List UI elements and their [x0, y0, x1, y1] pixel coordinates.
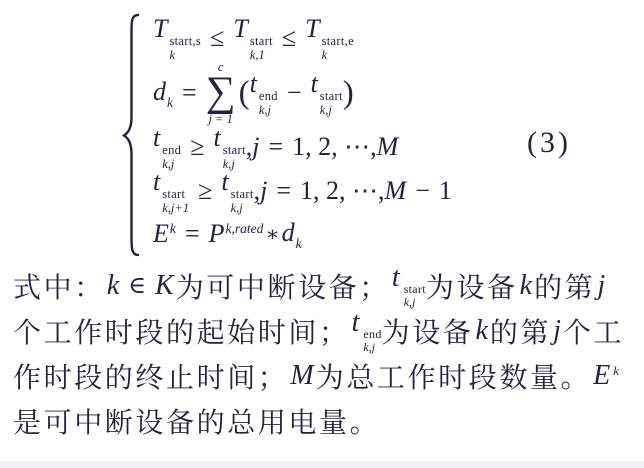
- math-token: j: [551, 315, 563, 347]
- math-token: =: [276, 176, 291, 206]
- math-token: dk: [282, 218, 302, 251]
- equation-line-3: tendk,j≥tstartk,j, j=1, 2, ⋯, M: [153, 125, 452, 169]
- math-token: j: [260, 176, 267, 206]
- paragraph-line-2: 个工作时段的起始时间；tendk,j为设备k的第j个工: [13, 308, 637, 353]
- math-token: ): [343, 77, 354, 110]
- math-token: −: [415, 176, 430, 206]
- equation-line-1: Tstart,sk≤Tstartk,1≤Tstart,ek: [153, 15, 452, 61]
- page: Tstart,sk≤Tstartk,1≤Tstart,ek dk=c∑j = 1…: [0, 0, 644, 468]
- math-token: tstartk,j: [221, 167, 253, 215]
- math-token: 1, 2, ⋯,: [292, 132, 377, 162]
- paragraph-line-3: 作时段的终止时间；M为总工作时段数量。Ek: [13, 353, 637, 398]
- math-token: k: [473, 315, 489, 347]
- math-token: 的第: [490, 311, 551, 351]
- equation-block: Tstart,sk≤Tstartk,1≤Tstart,ek dk=c∑j = 1…: [122, 12, 452, 258]
- math-token: M: [288, 360, 315, 392]
- math-token: j: [595, 270, 607, 302]
- math-token: −: [287, 78, 302, 108]
- math-token: tstartk,j: [213, 123, 245, 171]
- math-token: tendk,j: [250, 69, 278, 117]
- equation-number: (3): [527, 126, 571, 160]
- math-token: ≥: [198, 176, 212, 206]
- math-token: k: [518, 270, 534, 302]
- math-token: =: [185, 219, 200, 249]
- math-token: Tstart,ek: [305, 14, 354, 62]
- math-token: Tstartk,1: [233, 14, 273, 62]
- math-token: Ek: [153, 219, 176, 249]
- math-token: 是可中断设备的总用电量。: [13, 401, 380, 441]
- math-token: 为可中断设备；: [176, 266, 390, 306]
- math-token: ≤: [210, 23, 224, 53]
- math-token: 1: [439, 176, 452, 206]
- math-token: k: [105, 270, 121, 302]
- bottom-strip: [0, 461, 644, 468]
- paragraph-line-4: 是可中断设备的总用电量。: [13, 398, 637, 443]
- math-token: =: [268, 132, 283, 162]
- math-token: tstartk,j: [390, 262, 426, 310]
- math-token: M: [377, 132, 399, 162]
- math-token: 作时段的终止时间；: [13, 356, 288, 396]
- math-token: M: [385, 176, 407, 206]
- math-token: 为设备: [382, 311, 474, 351]
- math-token: 1, 2, ⋯,: [300, 176, 385, 206]
- equation-line-5: Ek=Pk,rated∗dk: [153, 213, 452, 255]
- math-token: tendk,j: [153, 123, 181, 171]
- math-token: dk: [153, 77, 173, 110]
- paragraph-line-1: 式中：k∈K为可中断设备；tstartk,j为设备k的第j: [13, 263, 637, 308]
- math-token: ∈: [128, 271, 146, 300]
- math-token: tendk,j: [350, 307, 382, 355]
- math-token: ≥: [190, 132, 204, 162]
- math-token: Ek: [591, 360, 619, 392]
- math-token: K: [153, 270, 176, 302]
- math-token: ∗: [265, 222, 279, 247]
- math-token: ≤: [282, 23, 296, 53]
- math-token: Tstart,sk: [153, 14, 201, 62]
- math-token: 式中：: [13, 266, 105, 306]
- math-token: tstartk,j+1: [153, 167, 189, 215]
- math-token: c∑j = 1: [206, 61, 236, 126]
- math-token: (: [239, 77, 250, 110]
- math-token: 为总工作时段数量。: [316, 356, 591, 396]
- equation-line-2: dk=c∑j = 1(tendk,j−tstartk,j): [153, 61, 452, 125]
- equation-lines: Tstart,sk≤Tstartk,1≤Tstart,ek dk=c∑j = 1…: [153, 15, 452, 255]
- math-token: =: [182, 78, 197, 108]
- math-token: j: [252, 132, 259, 162]
- left-brace-icon: [122, 12, 140, 258]
- math-token: Pk,rated: [209, 219, 264, 249]
- explanation-paragraph: 式中：k∈K为可中断设备；tstartk,j为设备k的第j 个工作时段的起始时间…: [13, 263, 637, 443]
- equation-line-4: tstartk,j+1≥tstartk,j, j=1, 2, ⋯, M−1: [153, 169, 452, 213]
- math-token: 为设备: [426, 266, 518, 306]
- math-token: 个工: [563, 311, 624, 351]
- math-token: tstartk,j: [310, 69, 342, 117]
- math-token: 的第: [534, 266, 595, 306]
- math-token: 个工作时段的起始时间；: [13, 311, 350, 351]
